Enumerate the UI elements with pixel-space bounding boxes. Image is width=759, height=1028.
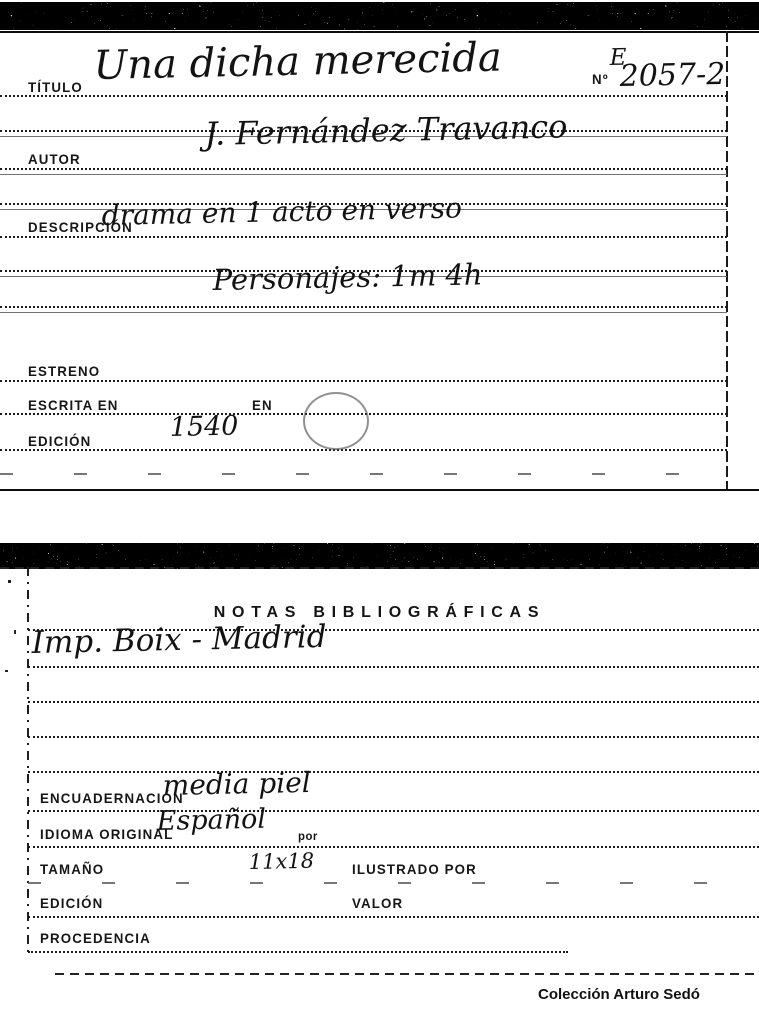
rule-line: [28, 701, 759, 703]
scan-noise-band: [0, 543, 759, 569]
edicion-label: EDICIÓN: [28, 433, 91, 449]
card-right-edge: [726, 31, 728, 491]
rule-line: [28, 810, 759, 812]
descripcion-value: drama en 1 acto en verso: [101, 194, 462, 230]
rule-line-faint: [0, 473, 727, 475]
top-card: TÍTULO Nº AUTOR DESCRIPCIÓN ESTRENO ESCR…: [0, 0, 759, 492]
edicion-value: 1540: [169, 413, 238, 441]
en-label: EN: [252, 397, 273, 413]
por-label: por: [298, 829, 318, 843]
notas-value: Imp. Boix - Madrid: [31, 622, 326, 659]
separator-dashed-line: [55, 973, 759, 975]
rule-line: [0, 168, 727, 175]
scanned-catalog-card-page: TÍTULO Nº AUTOR DESCRIPCIÓN ESTRENO ESCR…: [0, 0, 759, 1028]
idioma-original-value: Español: [156, 806, 266, 835]
escrita-en-label: ESCRITA EN: [28, 397, 118, 413]
encuadernacion-value: media piel: [162, 769, 311, 800]
ilustrado-por-label: ILUSTRADO POR: [352, 861, 477, 877]
numero-value: 2057-2: [619, 60, 725, 92]
card-bottom-edge: [0, 489, 759, 491]
rule-line-faint: [28, 882, 759, 884]
scan-speck: [14, 630, 16, 634]
titulo-label: TÍTULO: [28, 79, 83, 95]
edicion-label: EDICIÓN: [40, 895, 103, 911]
collection-credit: Colección Arturo Sedó: [538, 986, 700, 1003]
scan-speck: [8, 580, 11, 583]
autor-value: J. Fernández Travanco: [204, 110, 567, 150]
rule-line: [28, 736, 759, 738]
valor-label: VALOR: [352, 895, 403, 911]
estreno-label: ESTRENO: [28, 363, 100, 379]
card-top-edge: [0, 31, 759, 33]
card-top-edge: [0, 567, 759, 569]
rule-line: [0, 449, 727, 451]
rule-line: [28, 916, 759, 918]
bottom-card: NOTAS BIBLIOGRÁFICAS Imp. Boix - Madrid …: [0, 540, 759, 1028]
rule-line: [0, 306, 727, 313]
scan-noise-band: [0, 2, 759, 30]
personajes-value: Personajes: 1m 4h: [212, 260, 482, 295]
titulo-value: Una dicha merecida: [93, 37, 502, 86]
rule-line: [0, 95, 727, 97]
idioma-original-label: IDIOMA ORIGINAL: [40, 826, 173, 842]
rule-line: [28, 771, 759, 773]
numero-label: Nº: [592, 71, 609, 87]
autor-label: AUTOR: [28, 151, 81, 167]
stamp-smudge: [303, 392, 369, 450]
rule-line: [28, 951, 568, 953]
card-left-edge: [27, 567, 29, 955]
tamano-label: TAMAÑO: [40, 861, 104, 877]
rule-line: [0, 380, 727, 382]
scan-speck: [5, 670, 8, 672]
notas-bibliograficas-header: NOTAS BIBLIOGRÁFICAS: [0, 604, 759, 622]
rule-line: [0, 236, 727, 238]
rule-line: [28, 666, 759, 668]
rule-line: [28, 846, 759, 848]
tamano-value: 11x18: [249, 851, 315, 873]
procedencia-label: PROCEDENCIA: [40, 930, 151, 946]
